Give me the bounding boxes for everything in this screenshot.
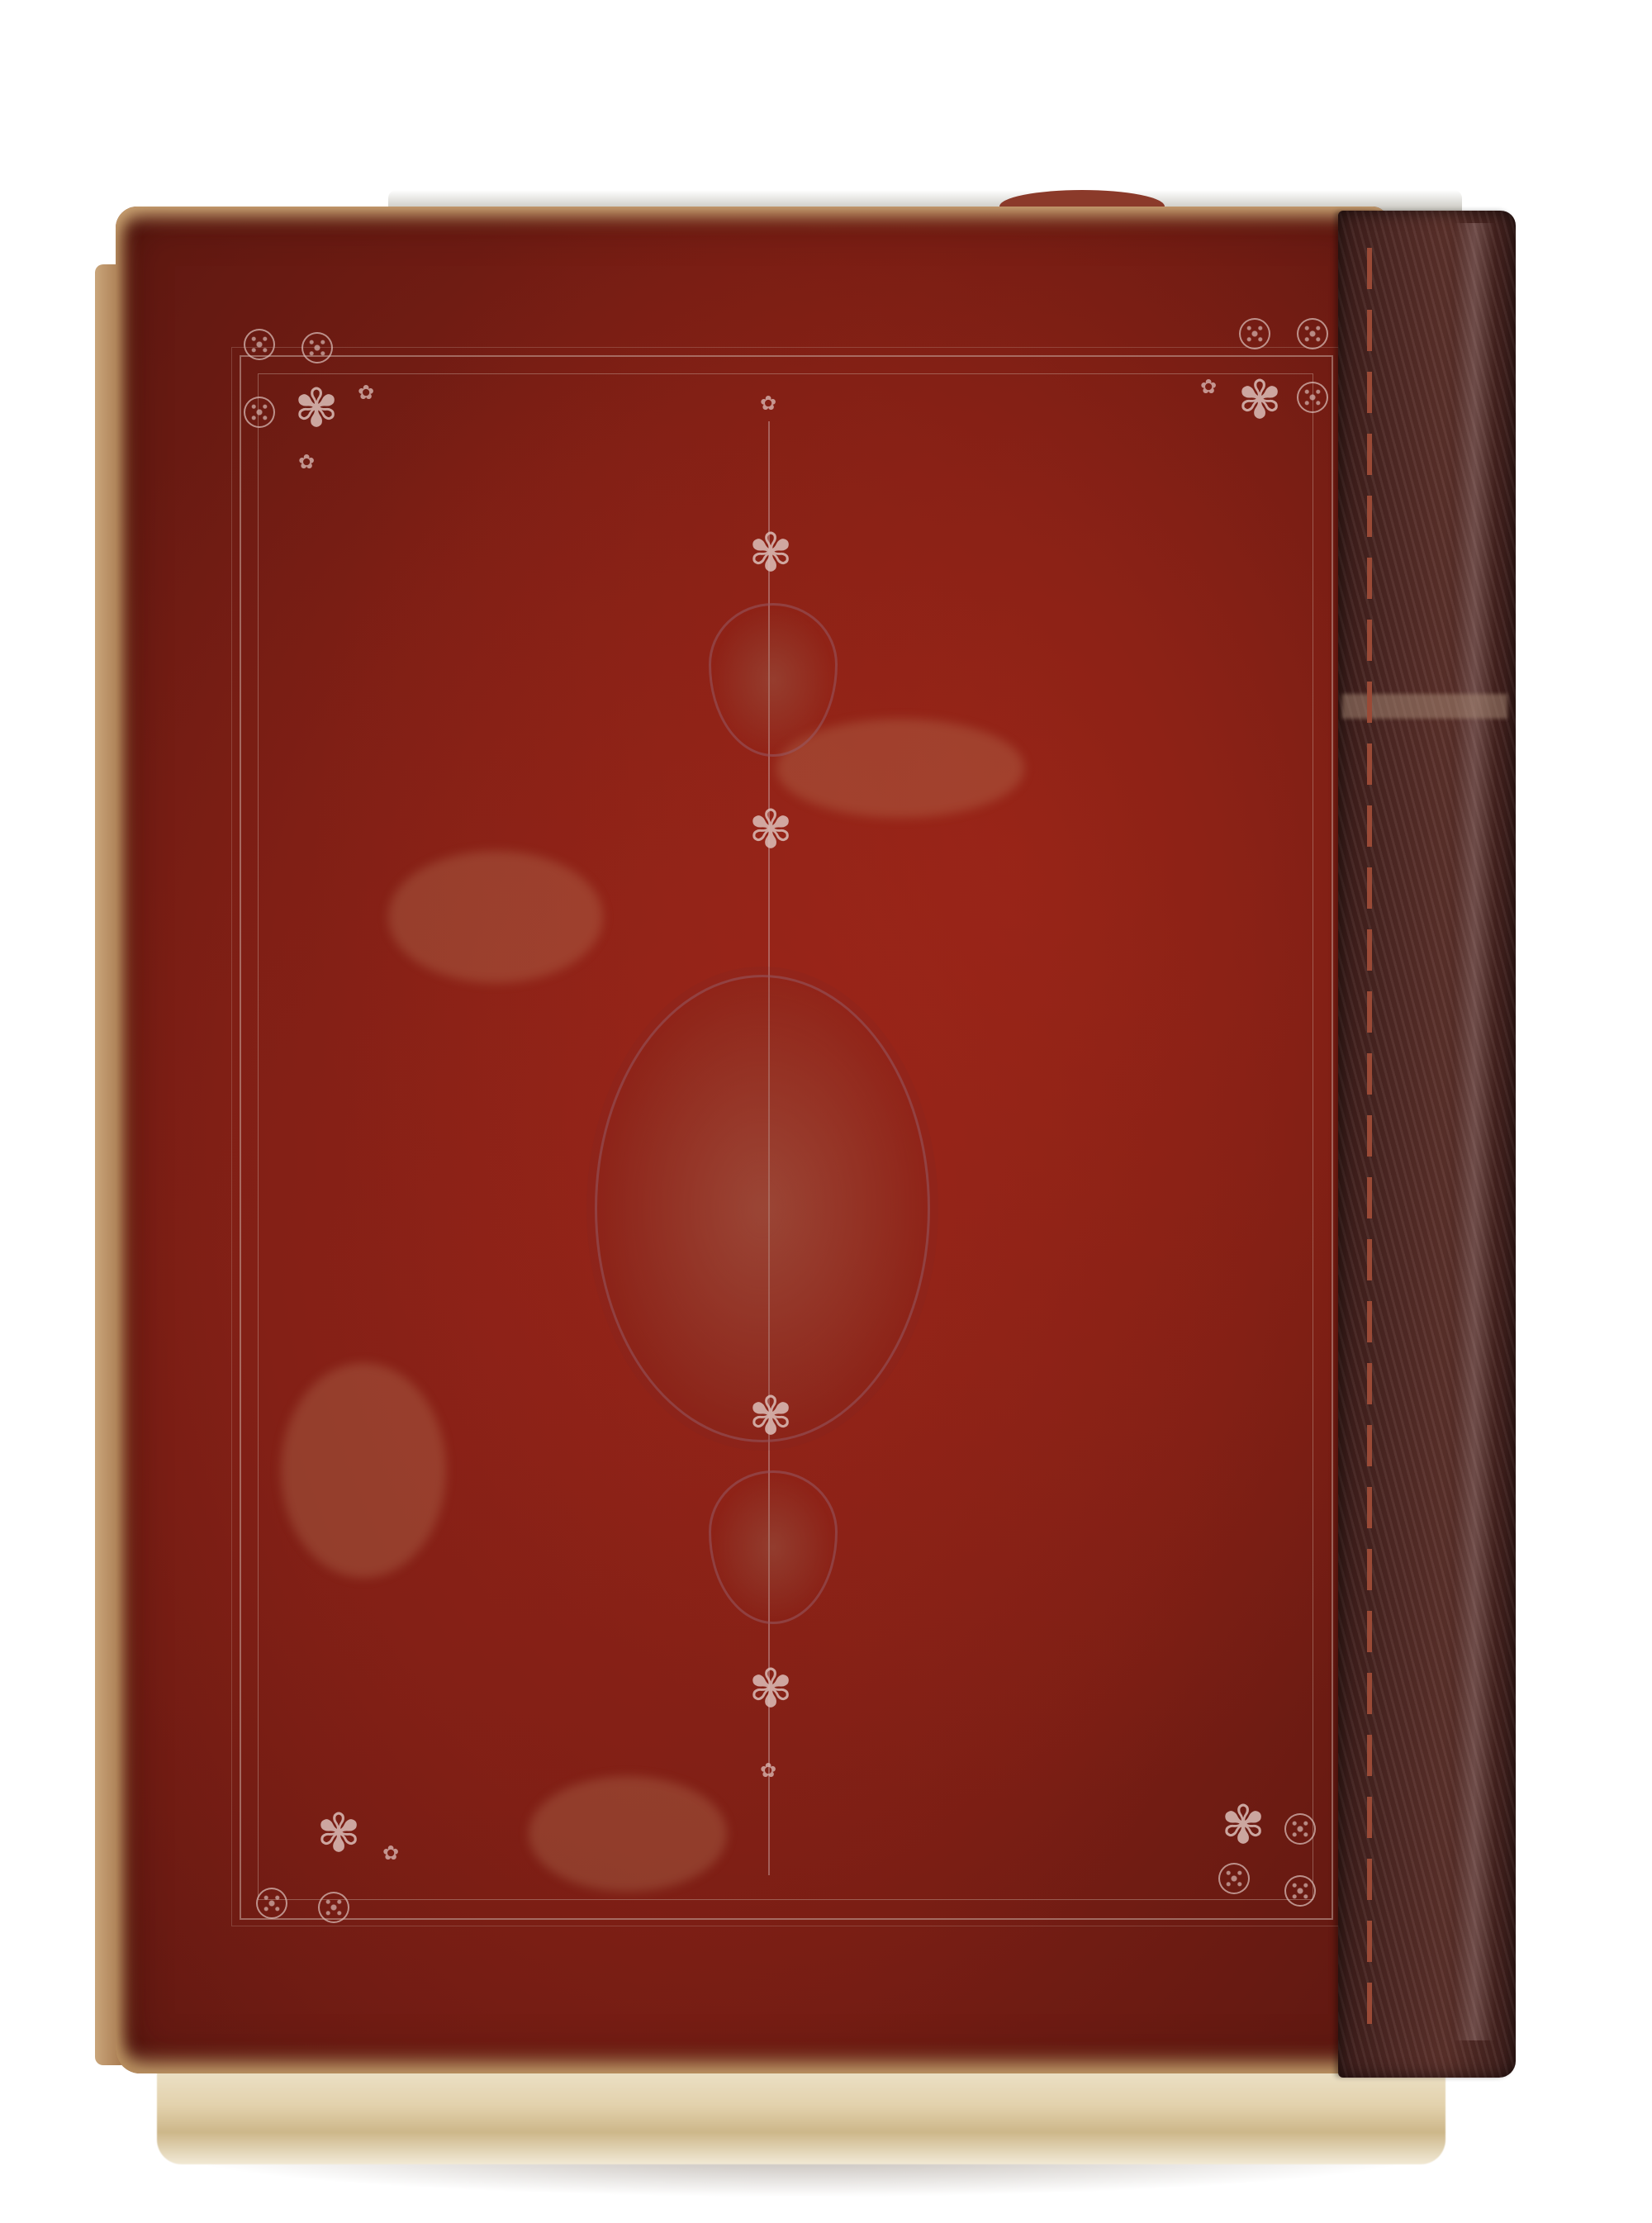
rosette-stamp-icon (1297, 318, 1328, 349)
rosette-stamp-icon (1297, 382, 1328, 413)
small-flower-stamp-icon: ✿ (1198, 376, 1219, 397)
rosette-stamp-icon (1239, 318, 1270, 349)
flower-stamp-icon: ✾ (1231, 372, 1289, 430)
flower-stamp-icon: ✾ (742, 1388, 800, 1446)
small-flower-stamp-icon: ✿ (355, 382, 377, 403)
rosette-stamp-icon (244, 329, 275, 360)
flower-stamp-icon: ✾ (742, 525, 800, 582)
small-flower-stamp-icon: ✿ (757, 392, 779, 414)
small-flower-stamp-icon: ✿ (380, 1842, 401, 1864)
book-photo-scene: ✾ ✿ ✿ ✾ ✿ ✾ ✿ ✾ ✿ ✾ ✾ ✾ ✾ ✿ (0, 0, 1652, 2223)
small-flower-stamp-icon: ✿ (757, 1760, 779, 1781)
flower-stamp-icon: ✾ (287, 380, 345, 438)
spine-stitching (1367, 248, 1372, 2024)
rosette-stamp-icon (256, 1888, 287, 1919)
central-medallion-ornament (595, 975, 930, 1442)
small-flower-stamp-icon: ✿ (296, 451, 317, 473)
flower-stamp-icon: ✾ (1214, 1797, 1272, 1855)
rosette-stamp-icon (244, 397, 275, 428)
rosette-stamp-icon (1218, 1863, 1250, 1894)
rosette-stamp-icon (1284, 1875, 1316, 1907)
red-leather-cover: ✾ ✿ ✿ ✾ ✿ ✾ ✿ ✾ ✿ ✾ ✾ ✾ ✾ ✿ (116, 207, 1388, 2073)
flower-stamp-icon: ✾ (310, 1805, 368, 1863)
spine-highlight (1454, 223, 1495, 2040)
flower-stamp-icon: ✾ (742, 1660, 800, 1718)
rosette-stamp-icon (1284, 1813, 1316, 1845)
flower-stamp-icon: ✾ (742, 801, 800, 859)
rosette-stamp-icon (301, 332, 333, 363)
rosette-stamp-icon (318, 1892, 349, 1923)
